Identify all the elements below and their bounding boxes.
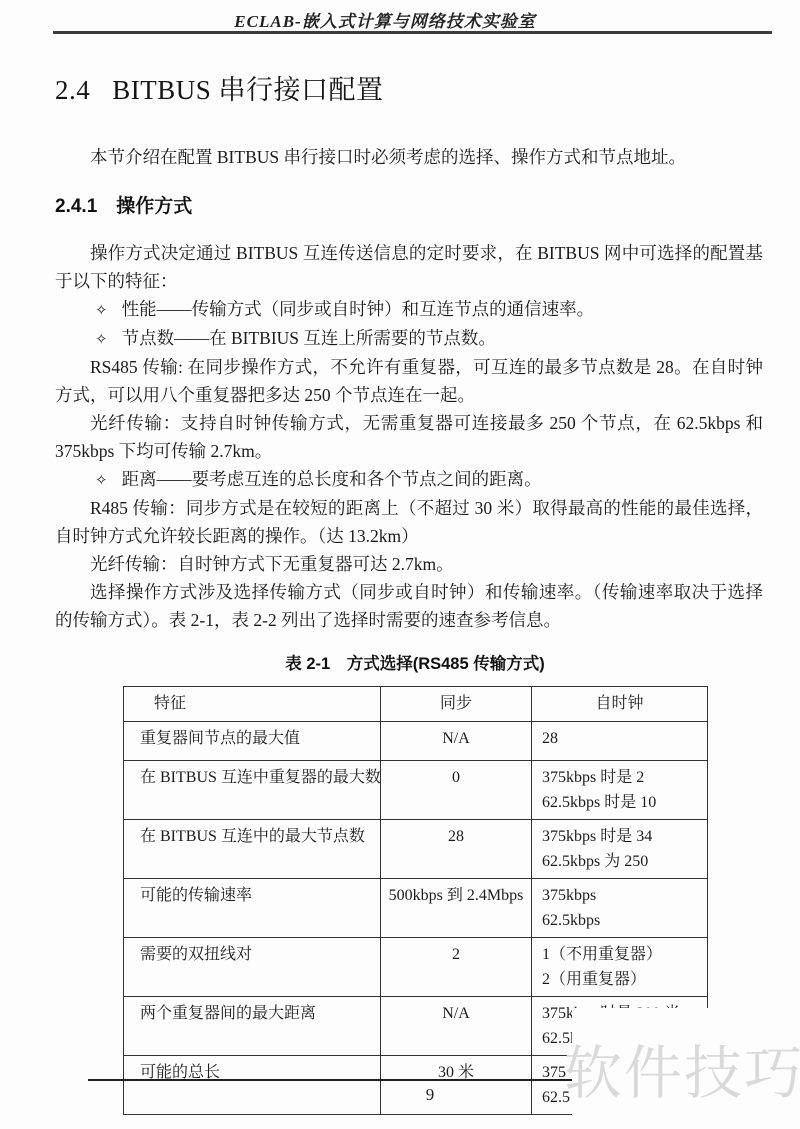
- cell-feature: 在 BITBUS 互连中重复器的最大数: [124, 761, 381, 820]
- bullet-text: 性能——传输方式（同步或自时钟）和互连节点的通信速率。: [122, 299, 595, 319]
- diamond-bullet-icon: ✧: [95, 471, 108, 489]
- paragraph: 选择操作方式涉及选择传输方式（同步或自时钟）和传输速率。（传输速率取决于选择的传…: [55, 578, 763, 634]
- paragraph: RS485 传输: 在同步操作方式，不允许有重复器，可互连的最多节点数是 28。…: [55, 353, 763, 409]
- cell-feature: 两个重复器间的最大距离: [124, 997, 381, 1056]
- cell-sync: N/A: [381, 997, 532, 1056]
- cell-line: 62.5kbps 时是 10: [542, 790, 701, 815]
- cell-selfclock: 28: [532, 722, 708, 761]
- header-divider: [53, 31, 772, 34]
- cell-sync: 0: [381, 761, 532, 820]
- cell-line: 62.5kbps 为 250: [542, 849, 701, 874]
- document-page: ECLAB-嵌入式计算与网络技术实验室 2.4BITBUS 串行接口配置 本节介…: [0, 0, 800, 1129]
- body-content: 本节介绍在配置 BITBUS 串行接口时必须考虑的选择、操作方式和节点地址。 2…: [55, 143, 763, 1115]
- section-title-text: BITBUS 串行接口配置: [112, 75, 383, 105]
- paragraph: 光纤传输：支持自时钟传输方式，无需重复器可连接最多 250 个节点，在 62.5…: [55, 409, 763, 465]
- column-header-feature: 特征: [124, 687, 381, 722]
- cell-line: 375kbps: [542, 883, 701, 908]
- watermark-patch: 软件技巧: [572, 1008, 800, 1129]
- table-row: 重复器间节点的最大值 N/A 28: [124, 722, 708, 761]
- bullet-item: ✧性能——传输方式（同步或自时钟）和互连节点的通信速率。: [55, 295, 763, 324]
- paragraph: 光纤传输：自时钟方式下无重复器可达 2.7km。: [55, 550, 763, 578]
- table-caption: 表 2-1 方式选择(RS485 传输方式): [123, 650, 707, 678]
- lab-header-title: ECLAB-嵌入式计算与网络技术实验室: [0, 7, 770, 32]
- cell-feature: 需要的双扭线对: [124, 938, 381, 997]
- cell-sync: 500kbps 到 2.4Mbps: [381, 879, 532, 938]
- paragraph: R485 传输：同步方式是在较短的距离上（不超过 30 米）取得最高的性能的最佳…: [55, 494, 763, 550]
- diamond-bullet-icon: ✧: [95, 301, 108, 319]
- cell-feature: 在 BITBUS 互连中的最大节点数: [124, 820, 381, 879]
- table-row: 可能的传输速率 500kbps 到 2.4Mbps 375kbps62.5kbp…: [124, 879, 708, 938]
- table-header-row: 特征 同步 自时钟: [124, 687, 708, 722]
- cell-line: 375kbps 时是 34: [542, 824, 701, 849]
- watermark-text: 软件技巧: [564, 1026, 800, 1110]
- table-row: 需要的双扭线对 2 1（不用重复器）2（用重复器）: [124, 938, 708, 997]
- cell-line: 1（不用重复器）: [542, 942, 701, 967]
- column-header-selfclock: 自时钟: [532, 687, 708, 722]
- cell-selfclock: 375kbps 时是 262.5kbps 时是 10: [532, 761, 708, 820]
- cell-line: 62.5kbps: [542, 908, 701, 933]
- paragraph: 操作方式决定通过 BITBUS 互连传送信息的定时要求，在 BITBUS 网中可…: [55, 239, 763, 295]
- column-header-sync: 同步: [381, 687, 532, 722]
- diamond-bullet-icon: ✧: [95, 330, 108, 348]
- bullet-item: ✧距离——要考虑互连的总长度和各个节点之间的距离。: [55, 465, 763, 494]
- cell-feature: 可能的传输速率: [124, 879, 381, 938]
- table-row: 在 BITBUS 互连中重复器的最大数 0 375kbps 时是 262.5kb…: [124, 761, 708, 820]
- cell-feature: 重复器间节点的最大值: [124, 722, 381, 761]
- cell-selfclock: 375kbps 时是 3462.5kbps 为 250: [532, 820, 708, 879]
- table-row: 在 BITBUS 互连中的最大节点数 28 375kbps 时是 3462.5k…: [124, 820, 708, 879]
- section-number: 2.4: [55, 75, 90, 105]
- cell-sync: 2: [381, 938, 532, 997]
- cell-sync: N/A: [381, 722, 532, 761]
- cell-selfclock: 1（不用重复器）2（用重复器）: [532, 938, 708, 997]
- bullet-item: ✧节点数——在 BITBIUS 互连上所需要的节点数。: [55, 324, 763, 353]
- cell-line: 2（用重复器）: [542, 967, 701, 992]
- intro-paragraph: 本节介绍在配置 BITBUS 串行接口时必须考虑的选择、操作方式和节点地址。: [55, 143, 763, 171]
- cell-selfclock: 375kbps62.5kbps: [532, 879, 708, 938]
- cell-line: 375kbps 时是 2: [542, 765, 701, 790]
- subsection-heading: 2.4.1 操作方式: [55, 193, 763, 221]
- cell-sync: 28: [381, 820, 532, 879]
- bullet-text: 节点数——在 BITBIUS 互连上所需要的节点数。: [122, 328, 496, 348]
- page-title: 2.4BITBUS 串行接口配置: [55, 68, 384, 107]
- cell-line: 28: [542, 726, 701, 751]
- bullet-text: 距离——要考虑互连的总长度和各个节点之间的距离。: [122, 469, 542, 489]
